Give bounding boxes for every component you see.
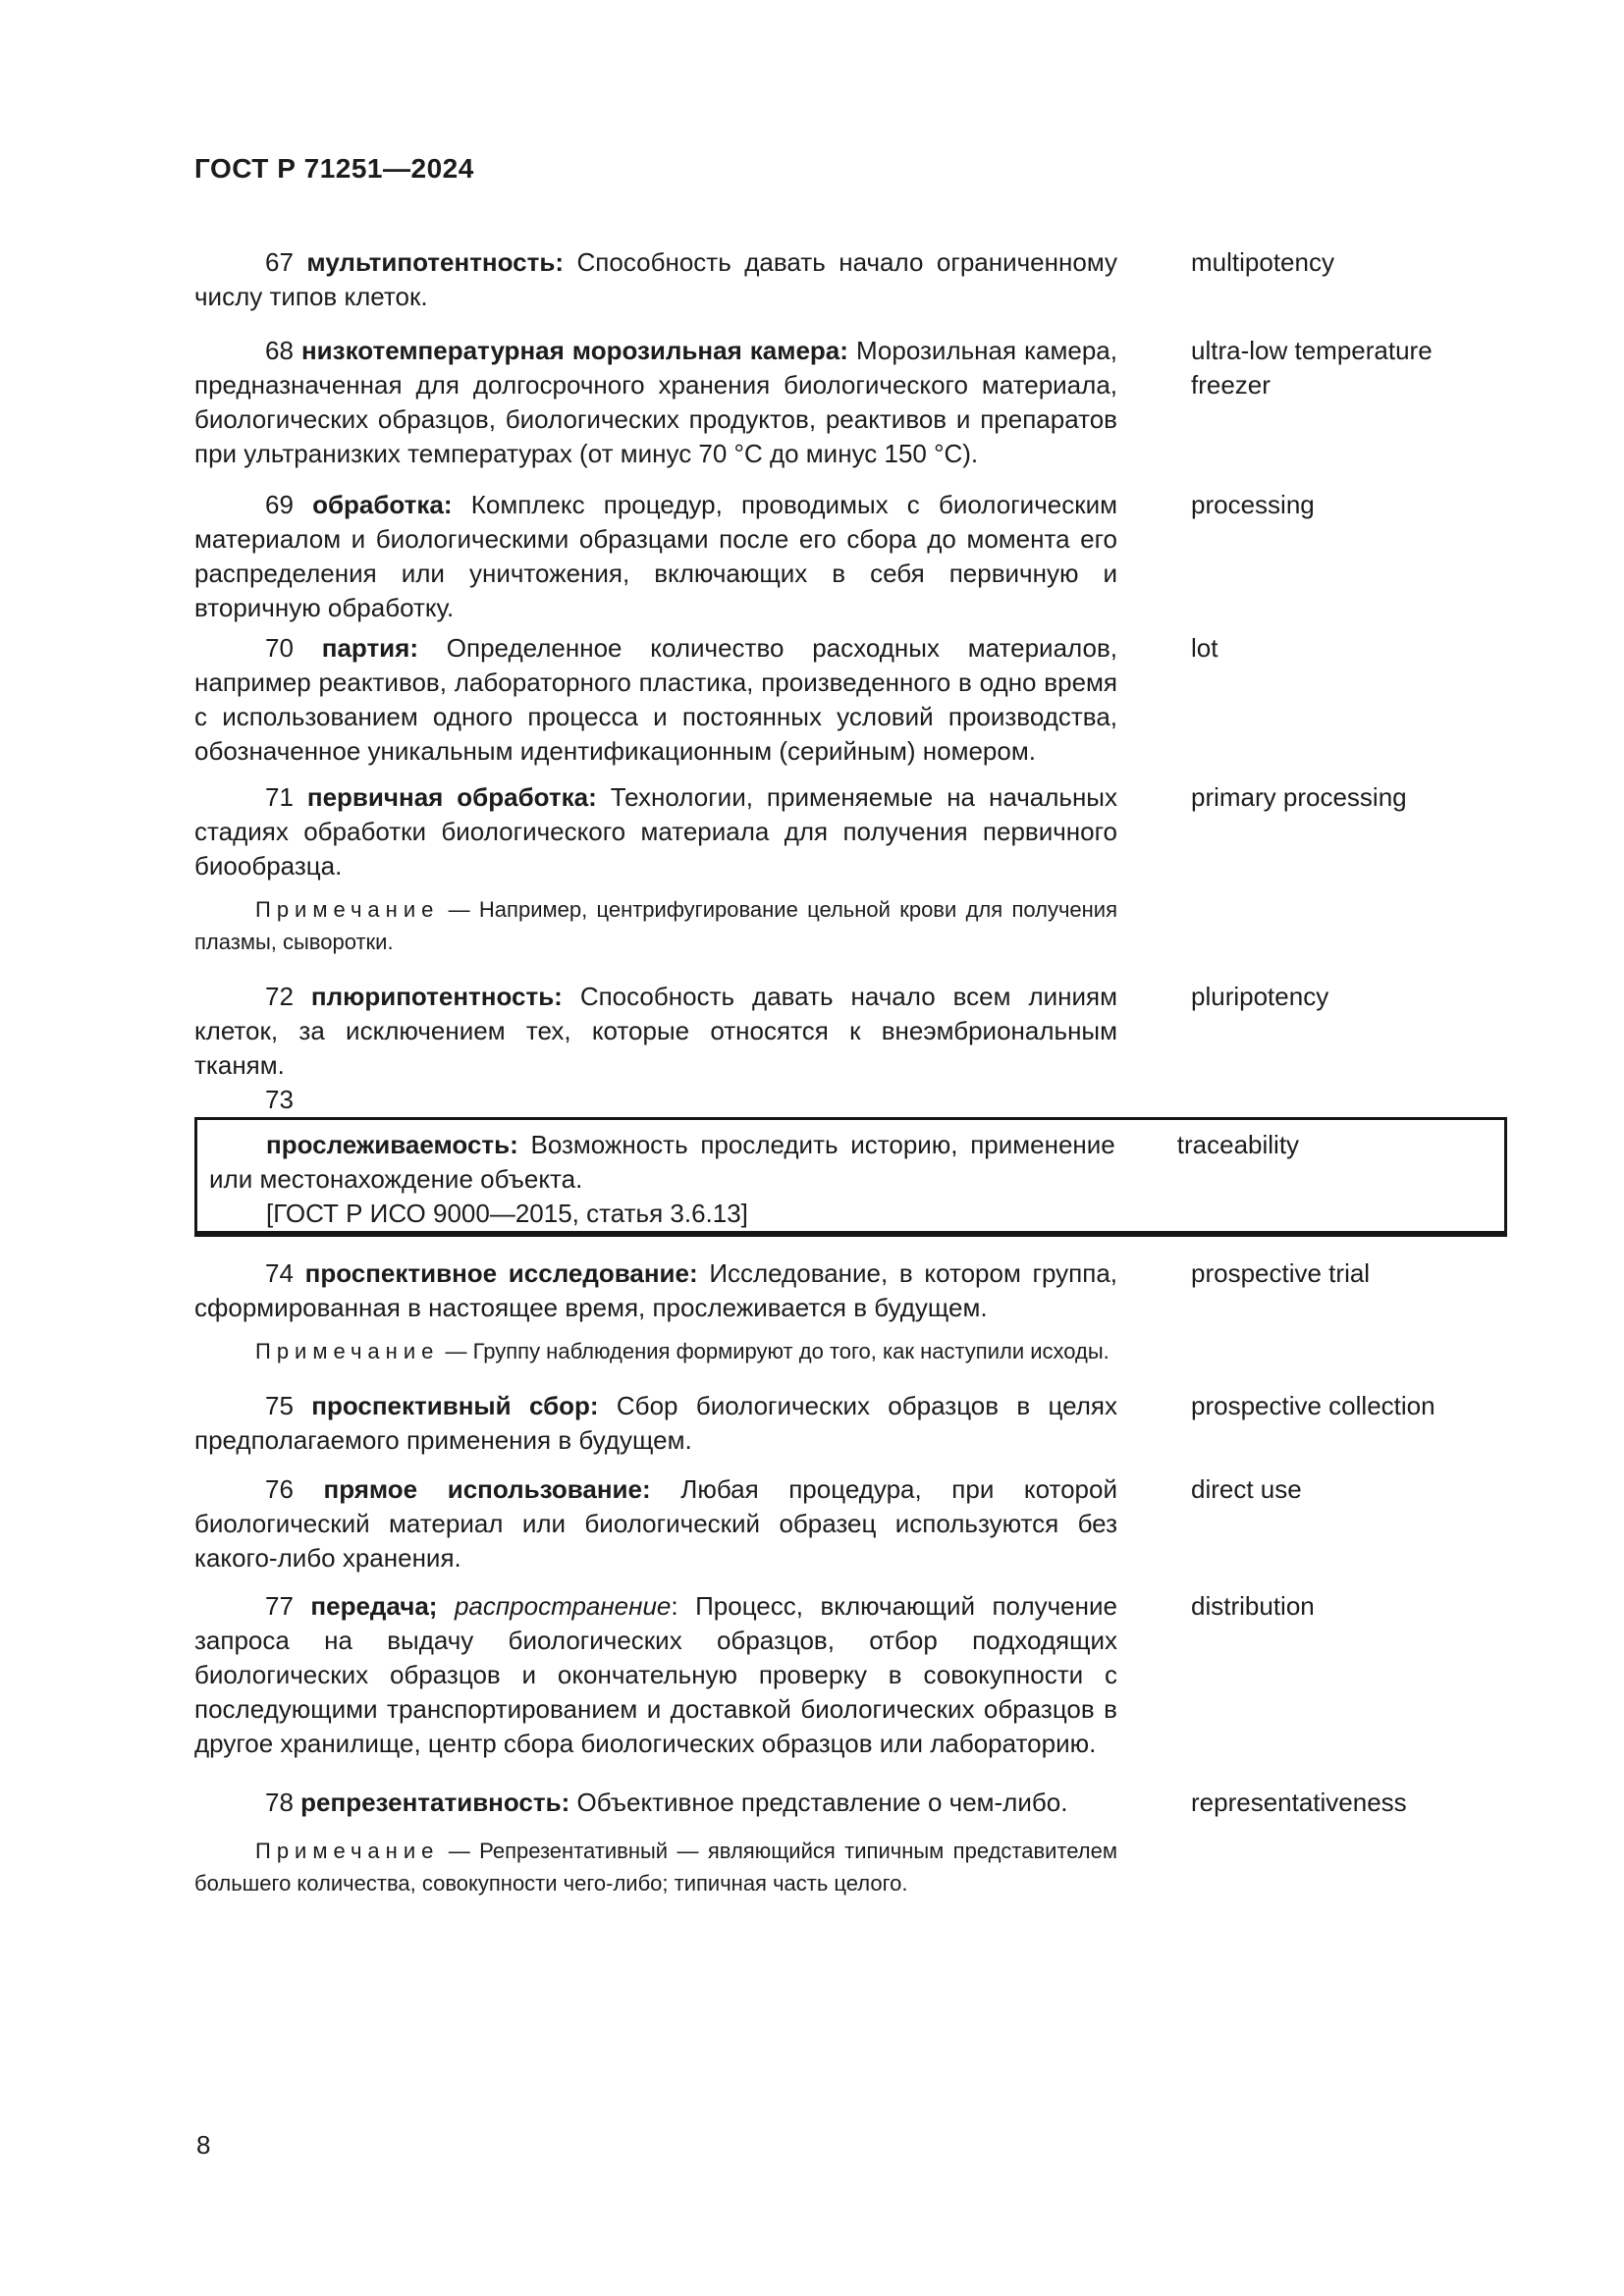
term-russian-column: 75 проспективный сбор: Сбор биологически… xyxy=(194,1389,1117,1458)
note-dash: — xyxy=(439,1339,472,1363)
term-box: 67 мультипотентность: Способность давать… xyxy=(194,245,1507,314)
term-entry: 75 проспективный сбор: Сбор биологически… xyxy=(194,1389,1507,1458)
term-russian-column: 71 первичная обработка: Технологии, прим… xyxy=(194,780,1117,883)
term-name: прямое использование: xyxy=(324,1474,651,1504)
term-columns: прослеживаемость: Возможность проследить… xyxy=(209,1128,1492,1231)
term-russian-column: 76 прямое использование: Любая процедура… xyxy=(194,1472,1117,1575)
term-russian-column: 69 обработка: Комплекс процедур, проводи… xyxy=(194,488,1117,625)
term-russian-column: 74 проспективное исследование: Исследова… xyxy=(194,1256,1117,1325)
term-columns: 77 передача; распространение: Процесс, в… xyxy=(194,1589,1507,1761)
term-russian-column: 77 передача; распространение: Процесс, в… xyxy=(194,1589,1117,1761)
page-number: 8 xyxy=(196,2128,210,2163)
term-entry: 71 первичная обработка: Технологии, прим… xyxy=(194,780,1507,958)
note-dash: — xyxy=(439,1839,479,1863)
term-columns: 71 первичная обработка: Технологии, прим… xyxy=(194,780,1507,883)
document-page: ГОСТ Р 71251—2024 67 мультипотентность: … xyxy=(0,0,1624,2296)
term-number: 68 xyxy=(265,336,294,365)
term-definition-paragraph: 72 плюрипотентность: Способность давать … xyxy=(194,980,1117,1083)
term-columns: 75 проспективный сбор: Сбор биологически… xyxy=(194,1389,1507,1458)
term-columns: 76 прямое использование: Любая процедура… xyxy=(194,1472,1507,1575)
term-english-equivalent: representativeness xyxy=(1191,1786,1507,1820)
term-name: передача; xyxy=(310,1591,437,1621)
note-label: Примечание xyxy=(255,1839,439,1863)
term-entry: 67 мультипотентность: Способность давать… xyxy=(194,245,1507,314)
term-box: 69 обработка: Комплекс процедур, проводи… xyxy=(194,488,1507,625)
term-number: 76 xyxy=(265,1474,294,1504)
term-russian-column: 72 плюрипотентность: Способность давать … xyxy=(194,980,1117,1083)
term-box: 78 репрезентативность: Объективное предс… xyxy=(194,1786,1507,1820)
term-definition-paragraph: 75 проспективный сбор: Сбор биологически… xyxy=(194,1389,1117,1458)
term-number-standalone: 73 xyxy=(194,1083,1507,1117)
term-columns: 72 плюрипотентность: Способность давать … xyxy=(194,980,1507,1083)
note-label: Примечание xyxy=(255,1339,439,1363)
term-box: 75 проспективный сбор: Сбор биологически… xyxy=(194,1389,1507,1458)
term-english-equivalent: multipotency xyxy=(1191,245,1507,280)
term-definition-paragraph: 71 первичная обработка: Технологии, прим… xyxy=(194,780,1117,883)
term-definition-text: Объективное представление о чем-либо. xyxy=(577,1788,1068,1817)
term-box: 77 передача; распространение: Процесс, в… xyxy=(194,1589,1507,1761)
term-english-equivalent: processing xyxy=(1191,488,1507,522)
term-name: прослеживаемость: xyxy=(266,1130,518,1159)
term-entry: 78 репрезентативность: Объективное предс… xyxy=(194,1786,1507,1899)
term-entry: 74 проспективное исследование: Исследова… xyxy=(194,1256,1507,1367)
note-text: Группу наблюдения формируют до того, как… xyxy=(473,1339,1110,1363)
term-english-equivalent: prospective trial xyxy=(1191,1256,1507,1291)
term-number: 70 xyxy=(265,633,294,663)
term-number: 77 xyxy=(265,1591,294,1621)
term-number: 74 xyxy=(265,1258,294,1288)
term-number: 78 xyxy=(265,1788,294,1817)
term-note: Примечание — Например, центрифугирование… xyxy=(194,893,1117,958)
term-columns: 67 мультипотентность: Способность давать… xyxy=(194,245,1507,314)
term-english-equivalent: prospective collection xyxy=(1191,1389,1507,1423)
term-number: 69 xyxy=(265,490,294,519)
term-columns: 68 низкотемпературная морозильная камера… xyxy=(194,334,1507,471)
term-box: 70 партия: Определенное количество расхо… xyxy=(194,631,1507,769)
term-name: мультипотентность: xyxy=(306,247,564,277)
term-definition-paragraph: 69 обработка: Комплекс процедур, проводи… xyxy=(194,488,1117,625)
term-columns: 74 проспективное исследование: Исследова… xyxy=(194,1256,1507,1325)
term-entry: 69 обработка: Комплекс процедур, проводи… xyxy=(194,488,1507,625)
term-entry: 77 передача; распространение: Процесс, в… xyxy=(194,1589,1507,1761)
term-name: проспективное исследование: xyxy=(305,1258,698,1288)
term-name: партия: xyxy=(322,633,418,663)
term-note: Примечание — Группу наблюдения формируют… xyxy=(194,1335,1117,1367)
term-name: репрезентативность: xyxy=(300,1788,569,1817)
term-name: низкотемпературная морозильная камера: xyxy=(301,336,848,365)
term-number: 75 xyxy=(265,1391,294,1420)
term-name: обработка: xyxy=(312,490,452,519)
term-definition-paragraph: 74 проспективное исследование: Исследова… xyxy=(194,1256,1117,1325)
term-russian-column: 78 репрезентативность: Объективное предс… xyxy=(194,1786,1117,1820)
term-entry: 70 партия: Определенное количество расхо… xyxy=(194,631,1507,769)
term-box: 72 плюрипотентность: Способность давать … xyxy=(194,980,1507,1083)
term-box: 76 прямое использование: Любая процедура… xyxy=(194,1472,1507,1575)
term-english-equivalent: direct use xyxy=(1191,1472,1507,1507)
term-number: 71 xyxy=(265,782,294,812)
term-english-equivalent: primary processing xyxy=(1191,780,1507,815)
term-english-equivalent: distribution xyxy=(1191,1589,1507,1624)
term-entry: 73 прослеживаемость: Возможность прослед… xyxy=(194,1083,1507,1237)
term-russian-column: 70 партия: Определенное количество расхо… xyxy=(194,631,1117,769)
term-russian-column: 67 мультипотентность: Способность давать… xyxy=(194,245,1117,314)
term-box: 74 проспективное исследование: Исследова… xyxy=(194,1256,1507,1325)
term-english-equivalent: pluripotency xyxy=(1191,980,1507,1014)
term-definition-paragraph: 70 партия: Определенное количество расхо… xyxy=(194,631,1117,769)
term-definition-paragraph: 77 передача; распространение: Процесс, в… xyxy=(194,1589,1117,1761)
term-synonym: распространение xyxy=(455,1591,671,1621)
term-name: первичная обработка: xyxy=(307,782,597,812)
term-columns: 69 обработка: Комплекс процедур, проводи… xyxy=(194,488,1507,625)
term-english-equivalent: ultra-low temperature freezer xyxy=(1191,334,1507,402)
term-synonym-colon: : xyxy=(671,1591,677,1621)
note-dash: — xyxy=(439,897,479,922)
term-definition-paragraph: 68 низкотемпературная морозильная камера… xyxy=(194,334,1117,471)
term-note: Примечание — Репрезентативный — являющий… xyxy=(194,1835,1117,1899)
term-entry: 76 прямое использование: Любая процедура… xyxy=(194,1472,1507,1575)
term-box: 71 первичная обработка: Технологии, прим… xyxy=(194,780,1507,883)
document-header: ГОСТ Р 71251—2024 xyxy=(194,153,474,185)
term-entry: 72 плюрипотентность: Способность давать … xyxy=(194,980,1507,1083)
term-number: 72 xyxy=(265,982,294,1011)
term-box: прослеживаемость: Возможность проследить… xyxy=(194,1117,1507,1237)
term-definition-paragraph: 76 прямое использование: Любая процедура… xyxy=(194,1472,1117,1575)
term-name: проспективный сбор: xyxy=(311,1391,598,1420)
term-columns: 78 репрезентативность: Объективное предс… xyxy=(194,1786,1507,1820)
term-columns: 70 партия: Определенное количество расхо… xyxy=(194,631,1507,769)
term-english-equivalent: traceability xyxy=(1177,1128,1492,1162)
term-russian-column: прослеживаемость: Возможность проследить… xyxy=(209,1128,1115,1231)
term-definition-paragraph: 78 репрезентативность: Объективное предс… xyxy=(194,1786,1117,1820)
term-definition-paragraph: прослеживаемость: Возможность проследить… xyxy=(209,1128,1115,1197)
term-citation: [ГОСТ Р ИСО 9000—2015, статья 3.6.13] xyxy=(209,1197,1115,1231)
term-english-equivalent: lot xyxy=(1191,631,1507,666)
term-russian-column: 68 низкотемпературная морозильная камера… xyxy=(194,334,1117,471)
terms-list: 67 мультипотентность: Способность давать… xyxy=(194,245,1507,1921)
term-definition-paragraph: 67 мультипотентность: Способность давать… xyxy=(194,245,1117,314)
term-number: 67 xyxy=(265,247,294,277)
note-label: Примечание xyxy=(255,897,439,922)
term-box: 68 низкотемпературная морозильная камера… xyxy=(194,334,1507,471)
term-name: плюрипотентность: xyxy=(311,982,563,1011)
term-entry: 68 низкотемпературная морозильная камера… xyxy=(194,334,1507,471)
